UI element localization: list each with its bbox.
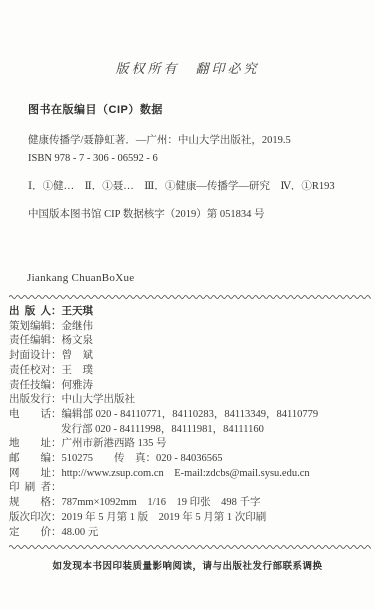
- cip-title-line: 健康传播学/聂静虹著．—广州：中山大学出版社，2019.5: [28, 134, 375, 148]
- row-colon: ：: [51, 321, 62, 332]
- row-value: 787mm×1092mm 1/16 19 印张 498 千字: [62, 497, 261, 508]
- row-colon: ：: [51, 305, 62, 317]
- colophon-row-continuation: 发行部 020 - 84111998，84111981，84111160: [61, 423, 375, 438]
- row-colon: ：: [51, 453, 62, 464]
- colophon-row: 出版人：王天琪: [9, 304, 375, 320]
- row-label: 封面设计: [9, 349, 51, 364]
- row-value: 广州市新港西路 135 号: [62, 438, 167, 449]
- row-value: 金继伟: [62, 321, 94, 332]
- colophon-row: 地址：广州市新港西路 135 号: [9, 437, 375, 452]
- colophon-row: 版次印次：2019 年 5 月第 1 版 2019 年 5 月第 1 次印刷: [9, 511, 375, 526]
- row-label: 责任校对: [9, 364, 51, 379]
- row-value: 曾 斌: [62, 350, 94, 361]
- row-colon: ：: [51, 365, 62, 376]
- cip-block: 健康传播学/聂静虹著．—广州：中山大学出版社，2019.5 ISBN 978 -…: [28, 134, 375, 222]
- row-colon: ：: [51, 527, 62, 538]
- row-colon: ：: [51, 335, 62, 346]
- row-value: 王 璞: [62, 365, 94, 376]
- row-label: 定价: [9, 526, 51, 541]
- cip-isbn-line: ISBN 978 - 7 - 306 - 06592 - 6: [28, 152, 375, 166]
- row-value: http://www.zsup.com.cn E-mail:zdcbs@mail…: [62, 468, 310, 479]
- row-label: 电话: [9, 408, 51, 423]
- row-value: 48.00 元: [62, 527, 99, 538]
- row-value: 杨文泉: [62, 335, 94, 346]
- row-colon: ：: [51, 497, 62, 508]
- row-label: 出版人: [9, 304, 51, 319]
- row-label: 版次印次: [9, 511, 51, 526]
- row-label: 责任编辑: [9, 334, 51, 349]
- row-colon: ：: [51, 438, 62, 449]
- row-value: 2019 年 5 月第 1 版 2019 年 5 月第 1 次印刷: [62, 512, 267, 523]
- colophon-row: 网址：http://www.zsup.com.cn E-mail:zdcbs@m…: [9, 467, 375, 482]
- colophon-row: 封面设计：曾 斌: [9, 349, 375, 364]
- row-colon: ：: [51, 482, 62, 493]
- wavy-divider-bottom: [9, 543, 371, 549]
- copyright-notice: 版权所有 翻印必究: [0, 0, 375, 77]
- row-colon: ：: [51, 468, 62, 479]
- colophon-row: 责任编辑：杨文泉: [9, 334, 375, 349]
- row-label: 网址: [9, 467, 51, 482]
- row-colon: ：: [51, 380, 62, 391]
- colophon-row: 电话：编辑部 020 - 84110771，84110283，84113349，…: [9, 408, 375, 423]
- colophon-row: 责任校对：王 璞: [9, 364, 375, 379]
- row-label: 出版发行: [9, 393, 51, 408]
- row-value: 510275 传 真：020 - 84036565: [62, 453, 223, 464]
- row-label: 地址: [9, 437, 51, 452]
- colophon-row: 策划编辑：金继伟: [9, 320, 375, 335]
- row-colon: ：: [51, 394, 62, 405]
- row-label: 印刷者: [9, 481, 51, 496]
- row-colon: ：: [51, 350, 62, 361]
- cip-classification-line: Ⅰ．①健… Ⅱ．①聂… Ⅲ．①健康—传播学—研究 Ⅳ．①R193: [28, 180, 375, 194]
- cip-header: 图书在版编目（CIP）数据: [28, 101, 375, 117]
- row-colon: ：: [51, 409, 62, 420]
- row-value: 编辑部 020 - 84110771，84110283，84113349，841…: [62, 409, 319, 420]
- colophon-row: 邮编：510275 传 真：020 - 84036565: [9, 452, 375, 467]
- row-label: 邮编: [9, 452, 51, 467]
- colophon-block: 出版人：王天琪 策划编辑：金继伟 责任编辑：杨文泉 封面设计：曾 斌 责任校对：…: [9, 304, 375, 540]
- cip-record-line: 中国版本图书馆 CIP 数据核字（2019）第 051834 号: [28, 208, 375, 222]
- colophon-row: 责任技编：何雅涛: [9, 379, 375, 394]
- row-label: 规格: [9, 496, 51, 511]
- row-label: 责任技编: [9, 379, 51, 394]
- row-colon: ：: [51, 512, 62, 523]
- row-value: 何雅涛: [62, 380, 94, 391]
- wavy-divider-top: [9, 293, 371, 299]
- copyright-page: 版权所有 翻印必究 图书在版编目（CIP）数据 健康传播学/聂静虹著．—广州：中…: [0, 0, 375, 610]
- row-label: 策划编辑: [9, 320, 51, 335]
- quality-notice: 如发现本书因印装质量影响阅读，请与出版社发行部联系调换: [0, 558, 375, 572]
- row-value: 王天琪: [62, 305, 94, 317]
- pinyin-title: Jiankang ChuanBoXue: [27, 272, 375, 284]
- colophon-row: 规格：787mm×1092mm 1/16 19 印张 498 千字: [9, 496, 375, 511]
- colophon-row: 出版发行：中山大学出版社: [9, 393, 375, 408]
- row-value: 中山大学出版社: [62, 394, 136, 405]
- colophon-row: 定价：48.00 元: [9, 526, 375, 541]
- colophon-row: 印刷者：: [9, 481, 375, 496]
